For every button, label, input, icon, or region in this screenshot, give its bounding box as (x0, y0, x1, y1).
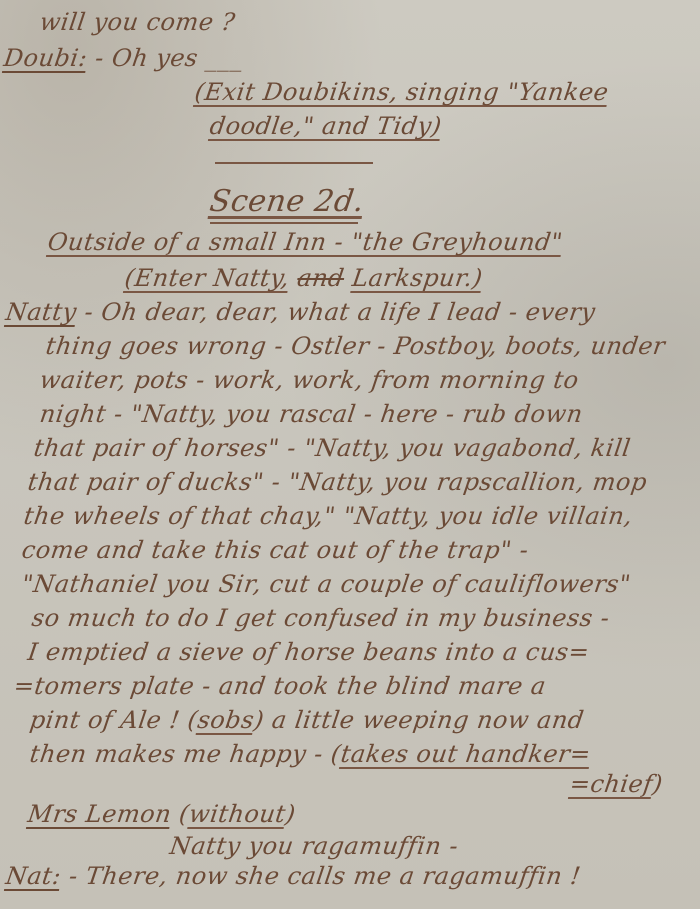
divider-rule (215, 162, 373, 164)
dialogue-line: so much to do I get confused in my busin… (30, 604, 611, 632)
dialogue-line: "Nathaniel you Sir, cut a couple of caul… (20, 570, 633, 598)
stage-direction-sobs: sobs (196, 706, 256, 734)
dialogue-line: Natty you ragamuffin - (168, 832, 460, 860)
dialogue-text: - Oh yes ___ (93, 44, 245, 72)
dialogue-line: waiter, pots - work, work, from morning … (38, 366, 581, 394)
stage-direction: (Exit Doubikins, singing "Yankee (193, 78, 610, 106)
dialogue-nat: Nat: - There, now she calls me a ragamuf… (4, 862, 583, 890)
scene-title-text: Scene 2d. (208, 184, 367, 219)
dialogue-text: - Oh dear, dear, what a life I lead - ev… (83, 298, 597, 326)
struck-word: and (296, 264, 347, 292)
stage-direction-continued: =chief) (568, 770, 665, 798)
enter-text: Larkspur.) (350, 264, 484, 292)
stage-direction-enter: (Enter Natty, and Larkspur.) (123, 264, 484, 292)
dialogue-mrs-lemon: Mrs Lemon (without) (26, 800, 297, 828)
dialogue-text: pint of Ale ! ( (28, 706, 200, 734)
speaker-natty: Natty (4, 298, 79, 326)
dialogue-line: then makes me happy - (takes out handker… (28, 740, 593, 768)
dialogue-text: ) a little weeping now and (252, 706, 586, 734)
dialogue-line: the wheels of that chay," "Natty, you id… (22, 502, 634, 530)
scene-setting: Outside of a small Inn - "the Greyhound" (46, 228, 565, 256)
dialogue-line: pint of Ale ! (sobs) a little weeping no… (28, 706, 586, 734)
dialogue-line: I emptied a sieve of horse beans into a … (26, 638, 591, 666)
dialogue-text: - There, now she calls me a ragamuffin ! (67, 862, 582, 890)
dialogue-line: that pair of horses" - "Natty, you vagab… (32, 434, 633, 462)
dialogue-line: will you come ? (38, 8, 237, 36)
enter-text: (Enter Natty, (123, 264, 291, 292)
stage-direction: doodle," and Tidy) (208, 112, 443, 140)
speaker-doubi: Doubi: (2, 44, 89, 72)
dialogue-line: night - "Natty, you rascal - here - rub … (38, 400, 585, 428)
scene-title: Scene 2d. (208, 184, 367, 219)
speaker-nat: Nat: (4, 862, 63, 890)
dialogue-text: then makes me happy - ( (28, 740, 343, 768)
dialogue-line: that pair of ducks" - "Natty, you rapsca… (26, 468, 649, 496)
speaker-label: Doubi: - Oh yes ___ (2, 44, 246, 72)
stage-direction-without: without (187, 800, 287, 828)
dialogue-line: come and take this cat out of the trap" … (20, 536, 530, 564)
scene-title-double-underline (210, 222, 358, 224)
stage-direction-text: =chief (568, 770, 655, 798)
dialogue-line: =tomers plate - and took the blind mare … (12, 672, 548, 700)
stage-direction-handkerchief: takes out handker= (339, 740, 593, 768)
dialogue-line: thing goes wrong - Ostler - Postboy, boo… (44, 332, 667, 360)
speaker-mrs-lemon: Mrs Lemon (26, 800, 173, 828)
dialogue-natty: Natty - Oh dear, dear, what a life I lea… (4, 298, 597, 326)
